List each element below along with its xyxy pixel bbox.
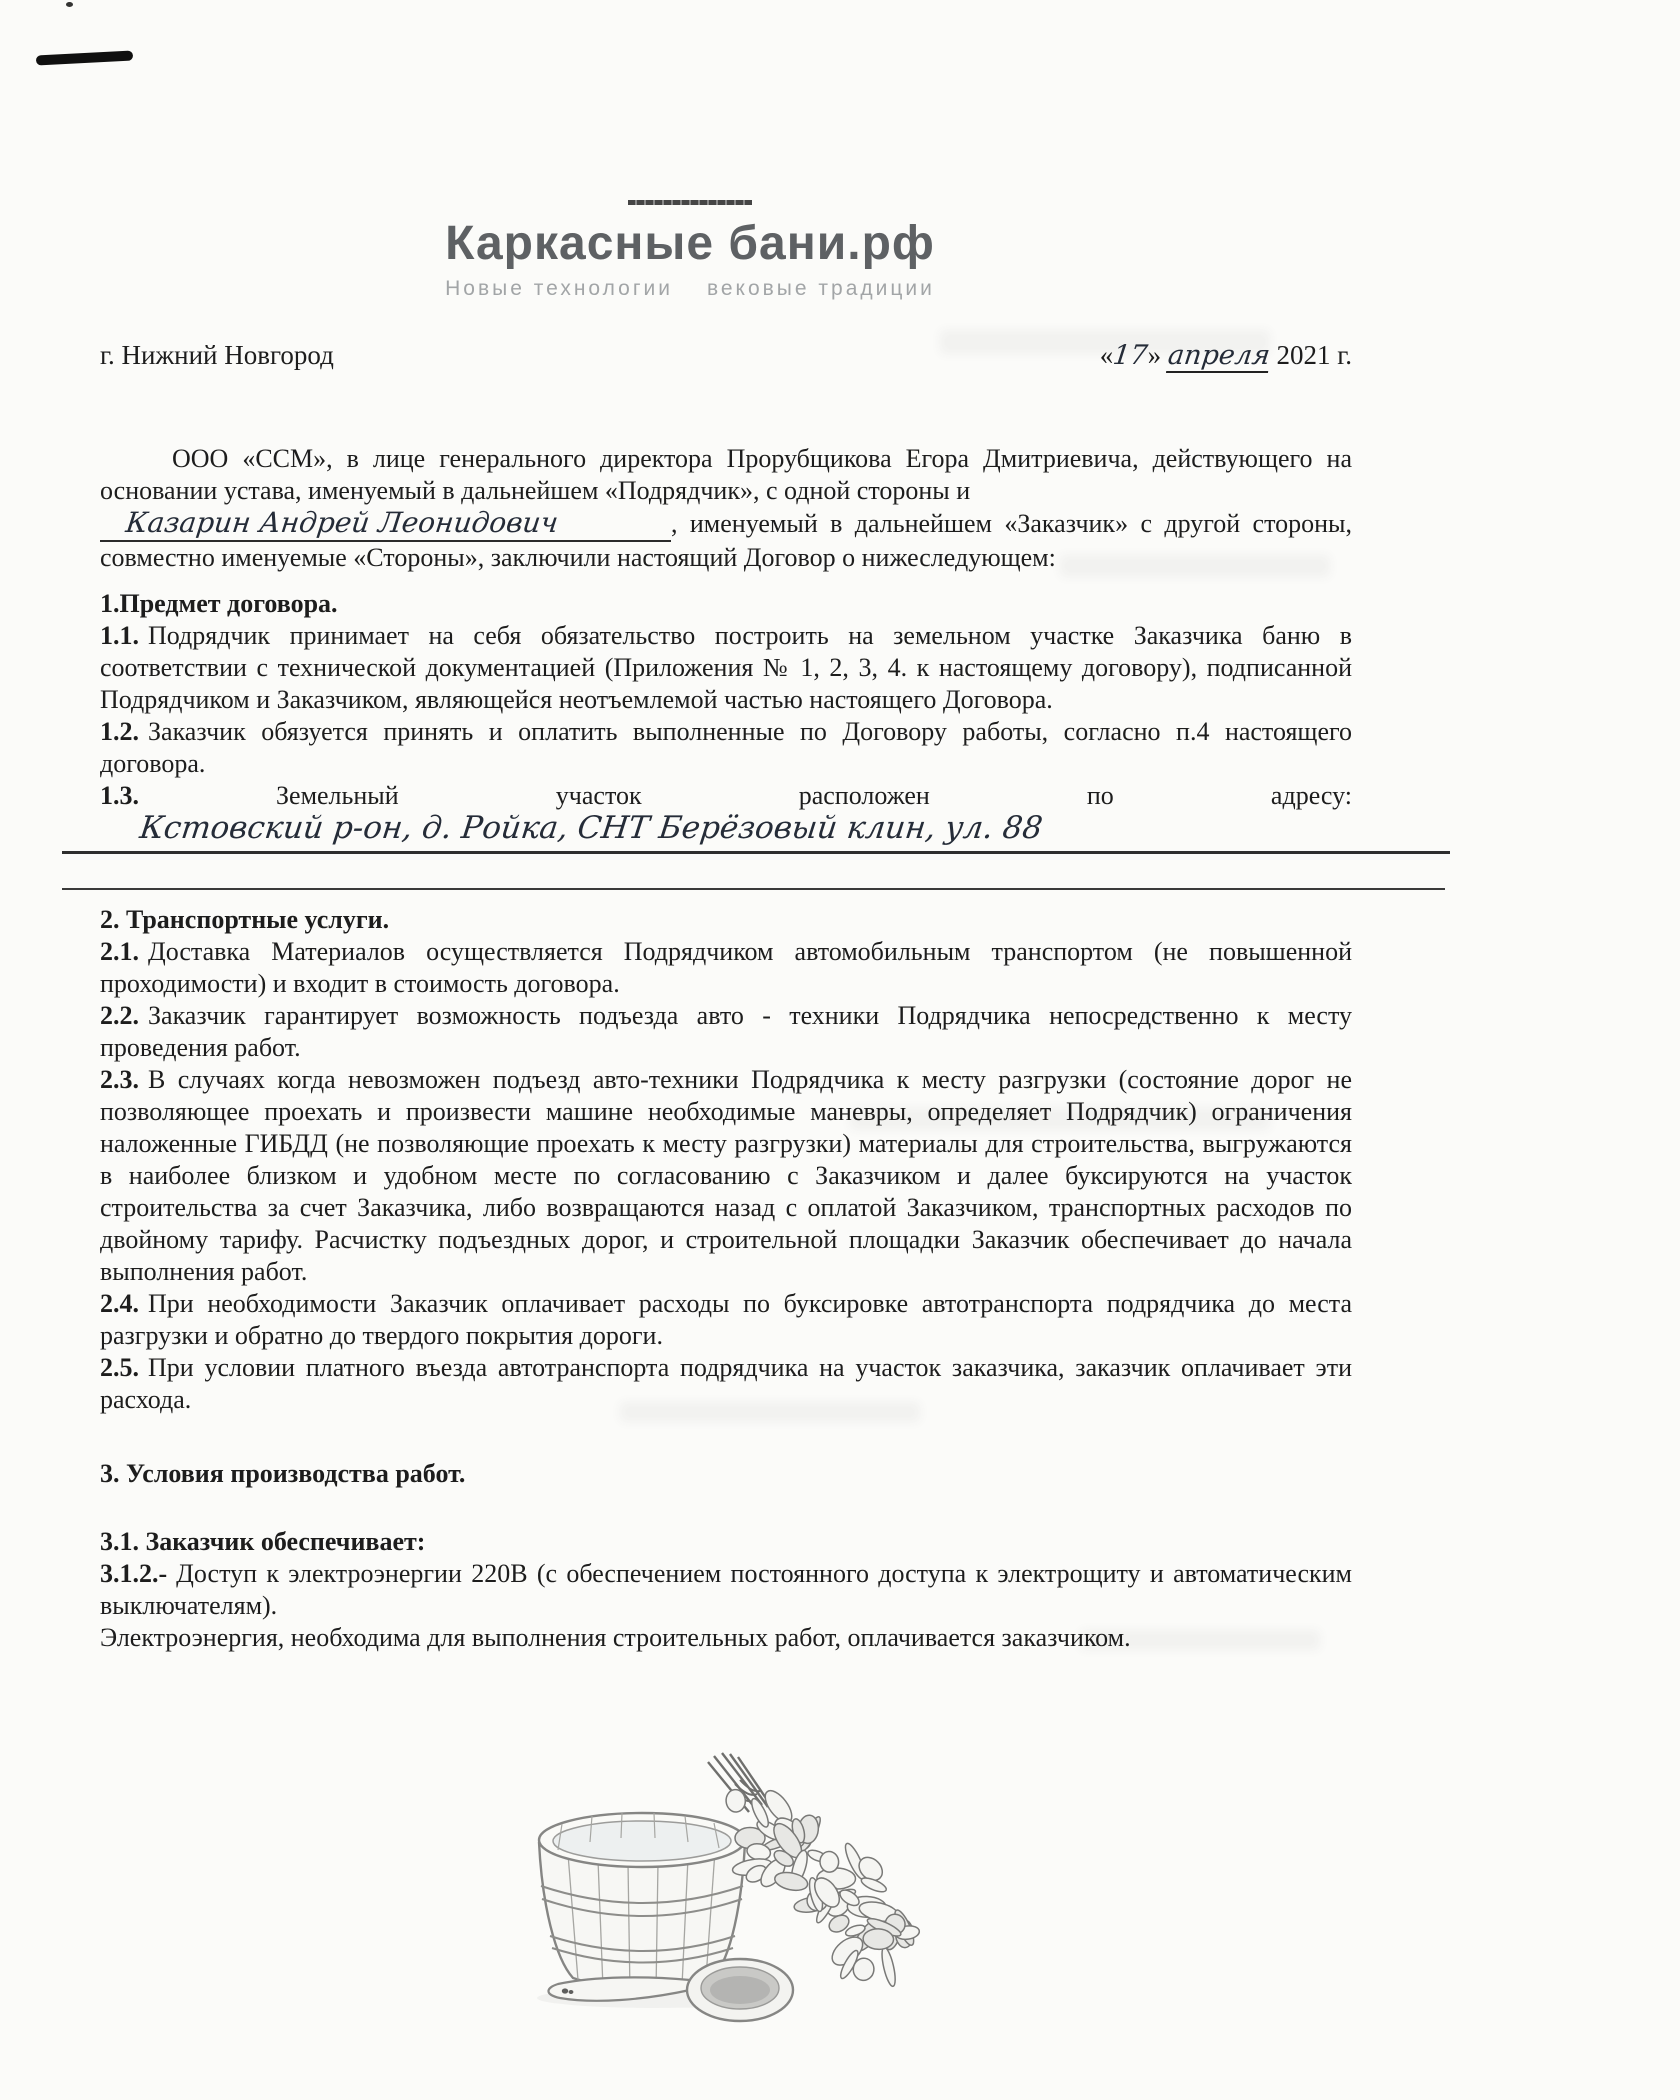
customer-name-line: Казарин Андрей Леонидович, именуемый в д…	[100, 507, 1352, 574]
clause-text: Заказчик обязуется принять и оплатить вы…	[100, 717, 1352, 778]
clause-number: 3.1.2.-	[100, 1559, 167, 1588]
date-quote-close: »	[1148, 340, 1162, 370]
clause-number: 2.5.	[100, 1353, 139, 1382]
clause-electricity-note: Электроэнергия, необходима для выполнени…	[100, 1622, 1352, 1654]
section-3-title: 3. Условия производства работ.	[100, 1458, 1352, 1490]
city-label: г. Нижний Новгород	[100, 340, 334, 371]
clause-1-2: 1.2.Заказчик обязуется принять и оплатит…	[100, 716, 1352, 780]
clause-number: 1.3.	[100, 780, 139, 812]
clause-text: При условии платного въезда автотранспор…	[100, 1353, 1352, 1414]
handwritten-address-line: Кстовский р-он, д. Ройка, СНТ Берёзовый …	[62, 812, 1450, 854]
word: по	[1087, 780, 1114, 812]
logo-tagline-right: вековые традиции	[707, 277, 935, 301]
clause-2-1: 2.1.Доставка Материалов осуществляется П…	[100, 936, 1352, 1000]
clause-2-3: 2.3.В случаях когда невозможен подъезд а…	[100, 1064, 1352, 1288]
empty-underline	[62, 854, 1445, 890]
besom-leaves	[725, 1786, 920, 1987]
handwritten-customer-name: Казарин Андрей Леонидович	[100, 507, 671, 542]
date-year: 2021 г.	[1276, 340, 1352, 370]
section-1-title: 1.Предмет договора.	[100, 588, 1352, 620]
handwritten-month: апреля	[1166, 340, 1272, 373]
clause-text: Заказчик гарантирует возможность подъезд…	[100, 1001, 1352, 1062]
clause-number: 1.2.	[100, 717, 139, 746]
intro-paragraph: ООО «ССМ», в лице генерального директора…	[100, 443, 1352, 507]
contract-date: «17» апреля 2021 г.	[1100, 340, 1352, 373]
clause-text: Доставка Материалов осуществляется Подря…	[100, 937, 1352, 998]
clause-1-3: 1.3. Земельный участок расположен по адр…	[100, 780, 1352, 812]
clause-1-3-text: Земельный участок расположен по адресу:	[148, 780, 1352, 812]
document-header-row: г. Нижний Новгород «17» апреля 2021 г.	[100, 340, 1352, 373]
logo-tagline-left: Новые технологии	[445, 277, 673, 301]
scanner-artifact-mark	[36, 50, 133, 65]
sauna-bucket-besom-ladle-illustration	[492, 1752, 932, 2052]
clause-1-1: 1.1.Подрядчик принимает на себя обязател…	[100, 620, 1352, 716]
handwritten-address-text: Кстовский р-он, д. Ройка, СНТ Берёзовый …	[138, 812, 1044, 844]
logo-divider-line	[628, 200, 752, 205]
clause-text: При необходимости Заказчик оплачивает ра…	[100, 1289, 1352, 1350]
clause-text: Подрядчик принимает на себя обязательств…	[100, 621, 1352, 714]
clause-text: В случаях когда невозможен подъезд авто-…	[100, 1065, 1352, 1286]
section-2-title: 2. Транспортные услуги.	[100, 904, 1352, 936]
clause-3-1-title: 3.1. Заказчик обеспечивает:	[100, 1526, 1352, 1558]
clause-number: 1.1.	[100, 621, 139, 650]
scanner-artifact-dot	[66, 2, 73, 7]
clause-3-1-2: 3.1.2.-Доступ к электроэнергии 220В (с о…	[100, 1558, 1352, 1622]
word: Земельный	[276, 780, 399, 812]
contract-body: ООО «ССМ», в лице генерального директора…	[100, 443, 1352, 1654]
clause-number: 2.1.	[100, 937, 139, 966]
word: адресу:	[1271, 780, 1352, 812]
clause-text: Электроэнергия, необходима для выполнени…	[100, 1623, 1131, 1652]
clause-text: Доступ к электроэнергии 220В (с обеспече…	[100, 1559, 1352, 1620]
clause-2-2: 2.2.Заказчик гарантирует возможность под…	[100, 1000, 1352, 1064]
logo-title: Каркасные бани.рф	[440, 219, 940, 269]
handwritten-name-text: Казарин Андрей Леонидович	[124, 507, 560, 539]
clause-2-4: 2.4.При необходимости Заказчик оплачивае…	[100, 1288, 1352, 1352]
clause-number: 2.2.	[100, 1001, 139, 1030]
clause-number: 2.3.	[100, 1065, 139, 1094]
word: участок	[556, 780, 642, 812]
handwritten-day: 17	[1111, 340, 1149, 371]
clause-number: 2.4.	[100, 1289, 139, 1318]
logo-tagline: Новые технологии вековые традиции	[440, 277, 940, 301]
intro-text-before: ООО «ССМ», в лице генерального директора…	[100, 444, 1352, 505]
word: расположен	[799, 780, 930, 812]
company-logo: Каркасные бани.рф Новые технологии веков…	[440, 200, 940, 301]
clause-2-5: 2.5.При условии платного въезда автотран…	[100, 1352, 1352, 1416]
